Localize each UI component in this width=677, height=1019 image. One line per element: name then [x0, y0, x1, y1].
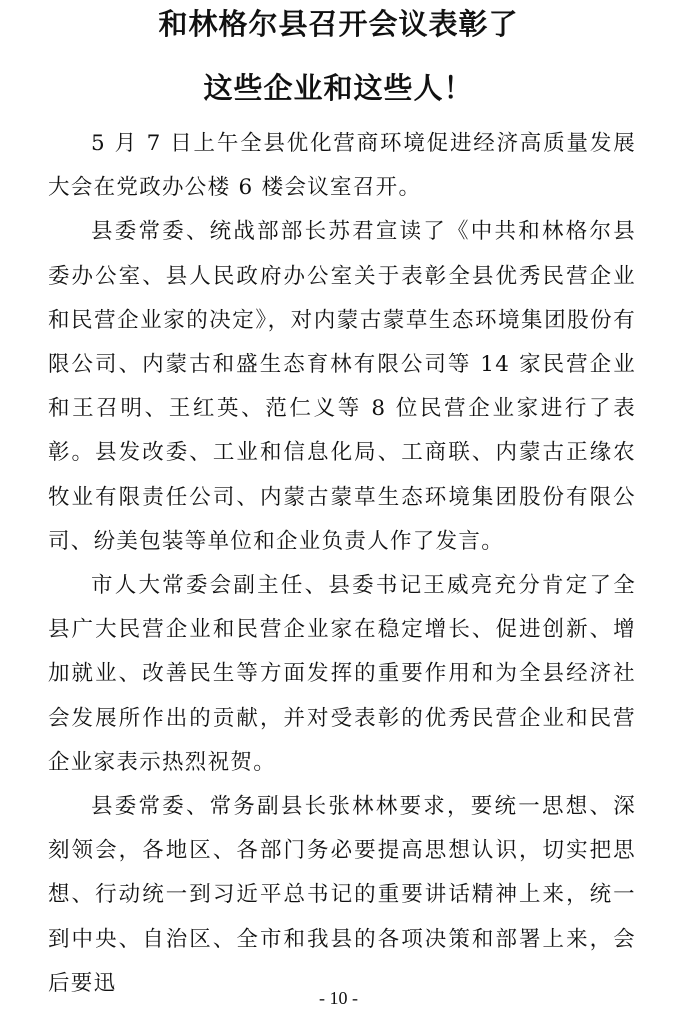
paragraph-meeting-intro: 5 月 7 日上午全县优化营商环境促进经济高质量发展大会在党政办公楼 6 楼会议… — [48, 122, 636, 210]
document-title-line-2: 这些企业和这些人！ — [0, 66, 677, 107]
paragraph-commendation: 县委常委、统战部部长苏君宣读了《中共和林格尔县委办公室、县人民政府办公室关于表彰… — [48, 210, 636, 564]
document-body: 5 月 7 日上午全县优化营商环境促进经济高质量发展大会在党政办公楼 6 楼会议… — [48, 122, 636, 1006]
paragraph-deputy-requirements: 县委常委、常务副县长张林林要求，要统一思想、深刻领会，各地区、各部门务必要提高思… — [48, 785, 636, 1006]
paragraph-secretary-remarks: 市人大常委会副主任、县委书记王威亮充分肯定了全县广大民营企业和民营企业家在稳定增… — [48, 564, 636, 785]
page-number: - 10 - — [0, 988, 677, 1009]
document-title-line-1: 和林格尔县召开会议表彰了 — [0, 2, 677, 43]
